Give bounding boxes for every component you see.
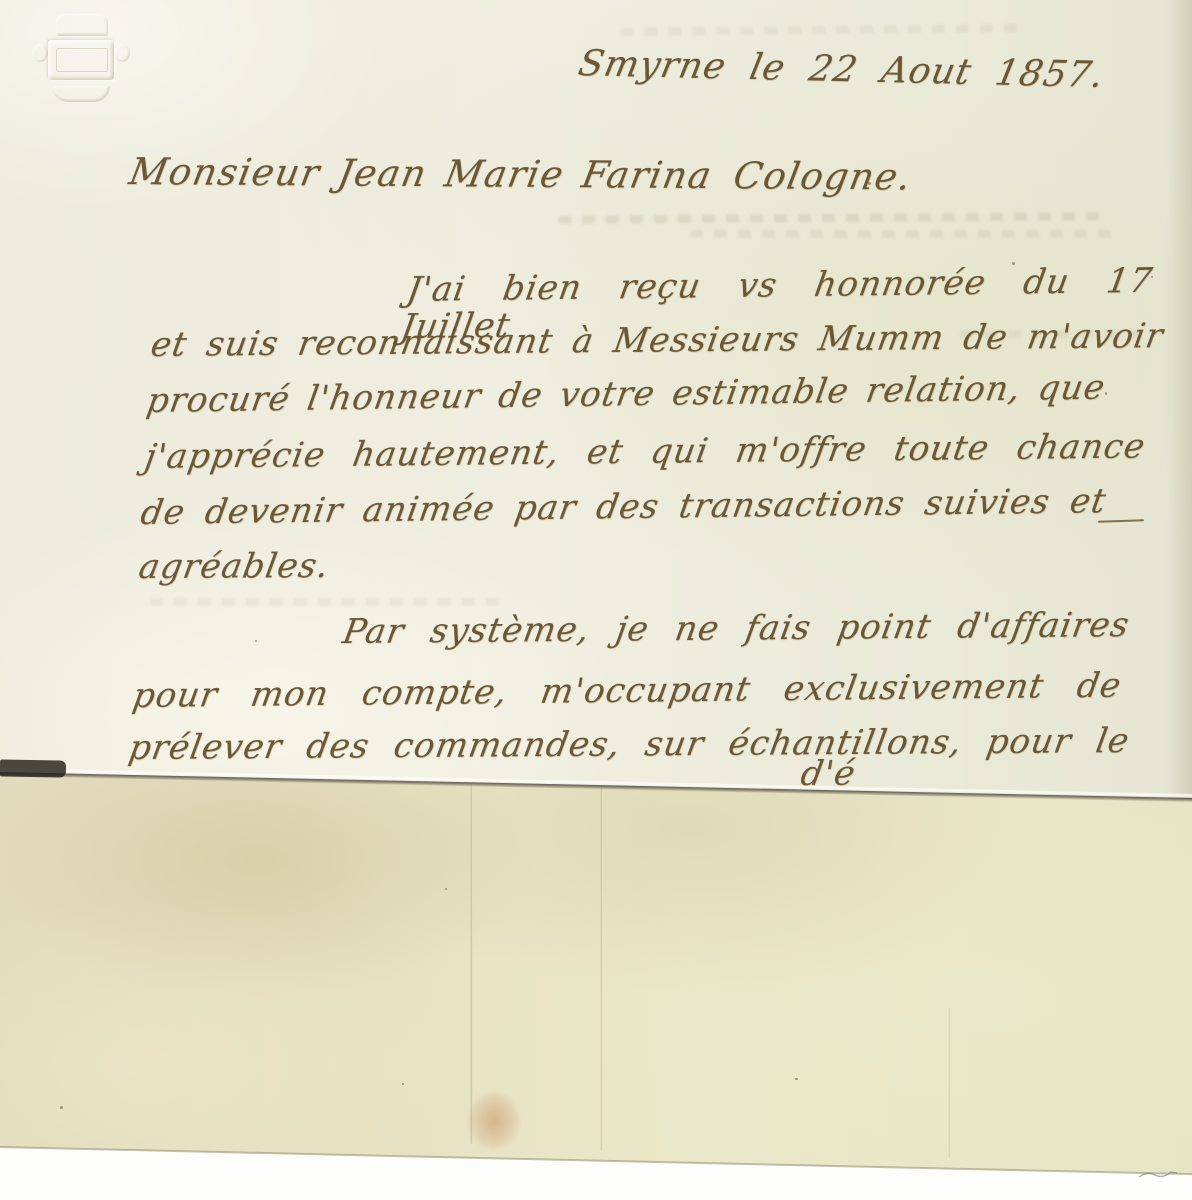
seal-ornament: [114, 44, 130, 62]
vertical-fold-crease: [948, 1008, 951, 1158]
fold-edge-dark-mark: [0, 759, 66, 777]
recipient-name: Monsieur Jean Marie Farina: [126, 152, 716, 197]
letter-line: et suis reconnaissant à Messieurs Mumm d…: [148, 318, 1166, 364]
ink-showthrough: [690, 230, 1120, 238]
paper-edge-shading: [1166, 0, 1192, 800]
ink-speck: [1012, 262, 1015, 265]
seal-ribbon: [52, 86, 110, 102]
embossed-seal-icon: [28, 4, 138, 116]
letter-scan: Smyrne le 22 Aout 1857. Monsieur Jean Ma…: [0, 0, 1192, 1200]
ink-showthrough: [150, 598, 510, 606]
seal-ornament: [32, 44, 48, 62]
ink-speck: [868, 182, 871, 185]
recipient-city: Cologne.: [730, 156, 915, 198]
vertical-fold-crease: [600, 782, 603, 1150]
vertical-fold-crease: [470, 778, 473, 1144]
ink-speck: [60, 1106, 63, 1109]
ink-speck: [255, 640, 257, 642]
underlying-sheet: [0, 770, 1192, 1180]
seal-cartouche-inner: [56, 48, 108, 72]
ink-speck: [1105, 392, 1107, 395]
ink-speck: [795, 1078, 798, 1080]
ink-speck: [445, 888, 447, 890]
salutation-line: Monsieur Jean Marie Farina Cologne.: [126, 152, 915, 198]
seal-crown: [56, 14, 108, 36]
letter-line: agréables.: [136, 548, 332, 586]
ink-speck: [402, 1083, 404, 1085]
rust-stain: [468, 1092, 520, 1150]
letter-line: prélever des commandes, sur échantillons…: [126, 723, 1132, 767]
pencil-mark: [1138, 1168, 1178, 1180]
ink-speck: [1151, 276, 1153, 278]
letter-line: Par système, je ne fais point d'affaires: [340, 607, 1132, 651]
